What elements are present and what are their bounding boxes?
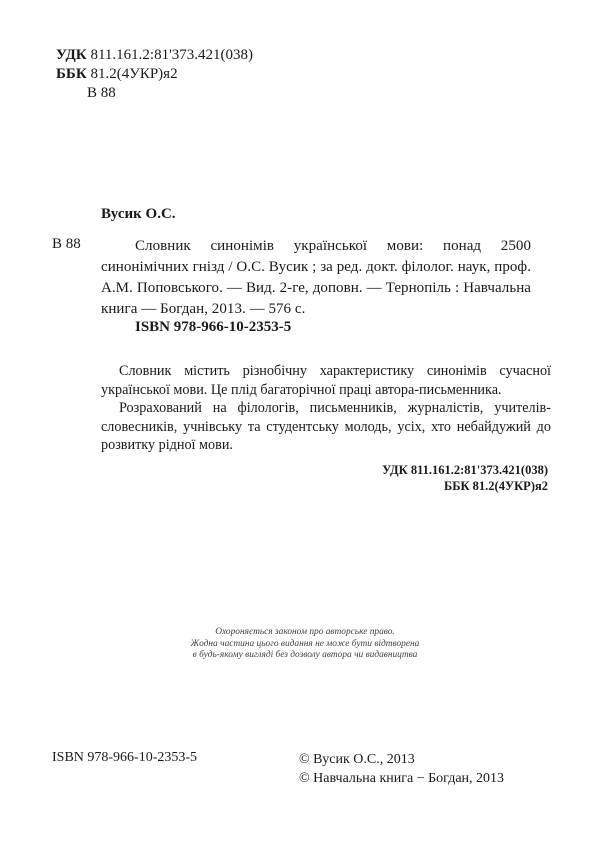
classification-right: УДК 811.161.2:81'373.421(038) ББК 81.2(4… — [382, 462, 548, 494]
isbn-main: ISBN 978-966-10-2353-5 — [135, 319, 291, 336]
annotation: Словник містить різнобічну характеристик… — [101, 362, 551, 455]
catalog-code: В 88 — [52, 236, 81, 253]
copyright-publisher: © Навчальна книга − Богдан, 2013 — [299, 769, 504, 788]
notice-line: Охороняється законом про авторське право… — [140, 627, 470, 639]
notice-line: Жодна частина цього видання не може бути… — [140, 639, 470, 651]
annotation-paragraph: Розрахований на філологів, письменників,… — [101, 399, 551, 455]
copyright-notice: Охороняється законом про авторське право… — [140, 627, 470, 662]
udk-right: УДК 811.161.2:81'373.421(038) — [382, 462, 548, 478]
bbk-label: ББК — [56, 66, 87, 82]
author-mark: В 88 — [56, 84, 253, 103]
classification-block: УДК 811.161.2:81'373.421(038) ББК 81.2(4… — [56, 46, 253, 103]
bbk-line: ББК 81.2(4УКР)я2 — [56, 65, 253, 84]
annotation-paragraph: Словник містить різнобічну характеристик… — [101, 362, 551, 399]
isbn-footer: ISBN 978-966-10-2353-5 — [52, 750, 197, 766]
author-heading: Вусик О.С. — [101, 206, 176, 223]
bbk-value: 81.2(4УКР)я2 — [90, 66, 177, 82]
bbk-right: ББК 81.2(4УКР)я2 — [382, 478, 548, 494]
copyright-author: © Вусик О.С., 2013 — [299, 750, 504, 769]
udk-value: 811.161.2:81'373.421(038) — [90, 47, 253, 63]
udk-label: УДК — [56, 47, 87, 63]
catalog-entry-text: Словник синонімів української мови: пона… — [101, 236, 531, 320]
notice-line: в будь-якому вигляді без дозволу автора … — [140, 650, 470, 662]
copyright-lines: © Вусик О.С., 2013 © Навчальна книга − Б… — [299, 750, 504, 788]
udk-line: УДК 811.161.2:81'373.421(038) — [56, 46, 253, 65]
